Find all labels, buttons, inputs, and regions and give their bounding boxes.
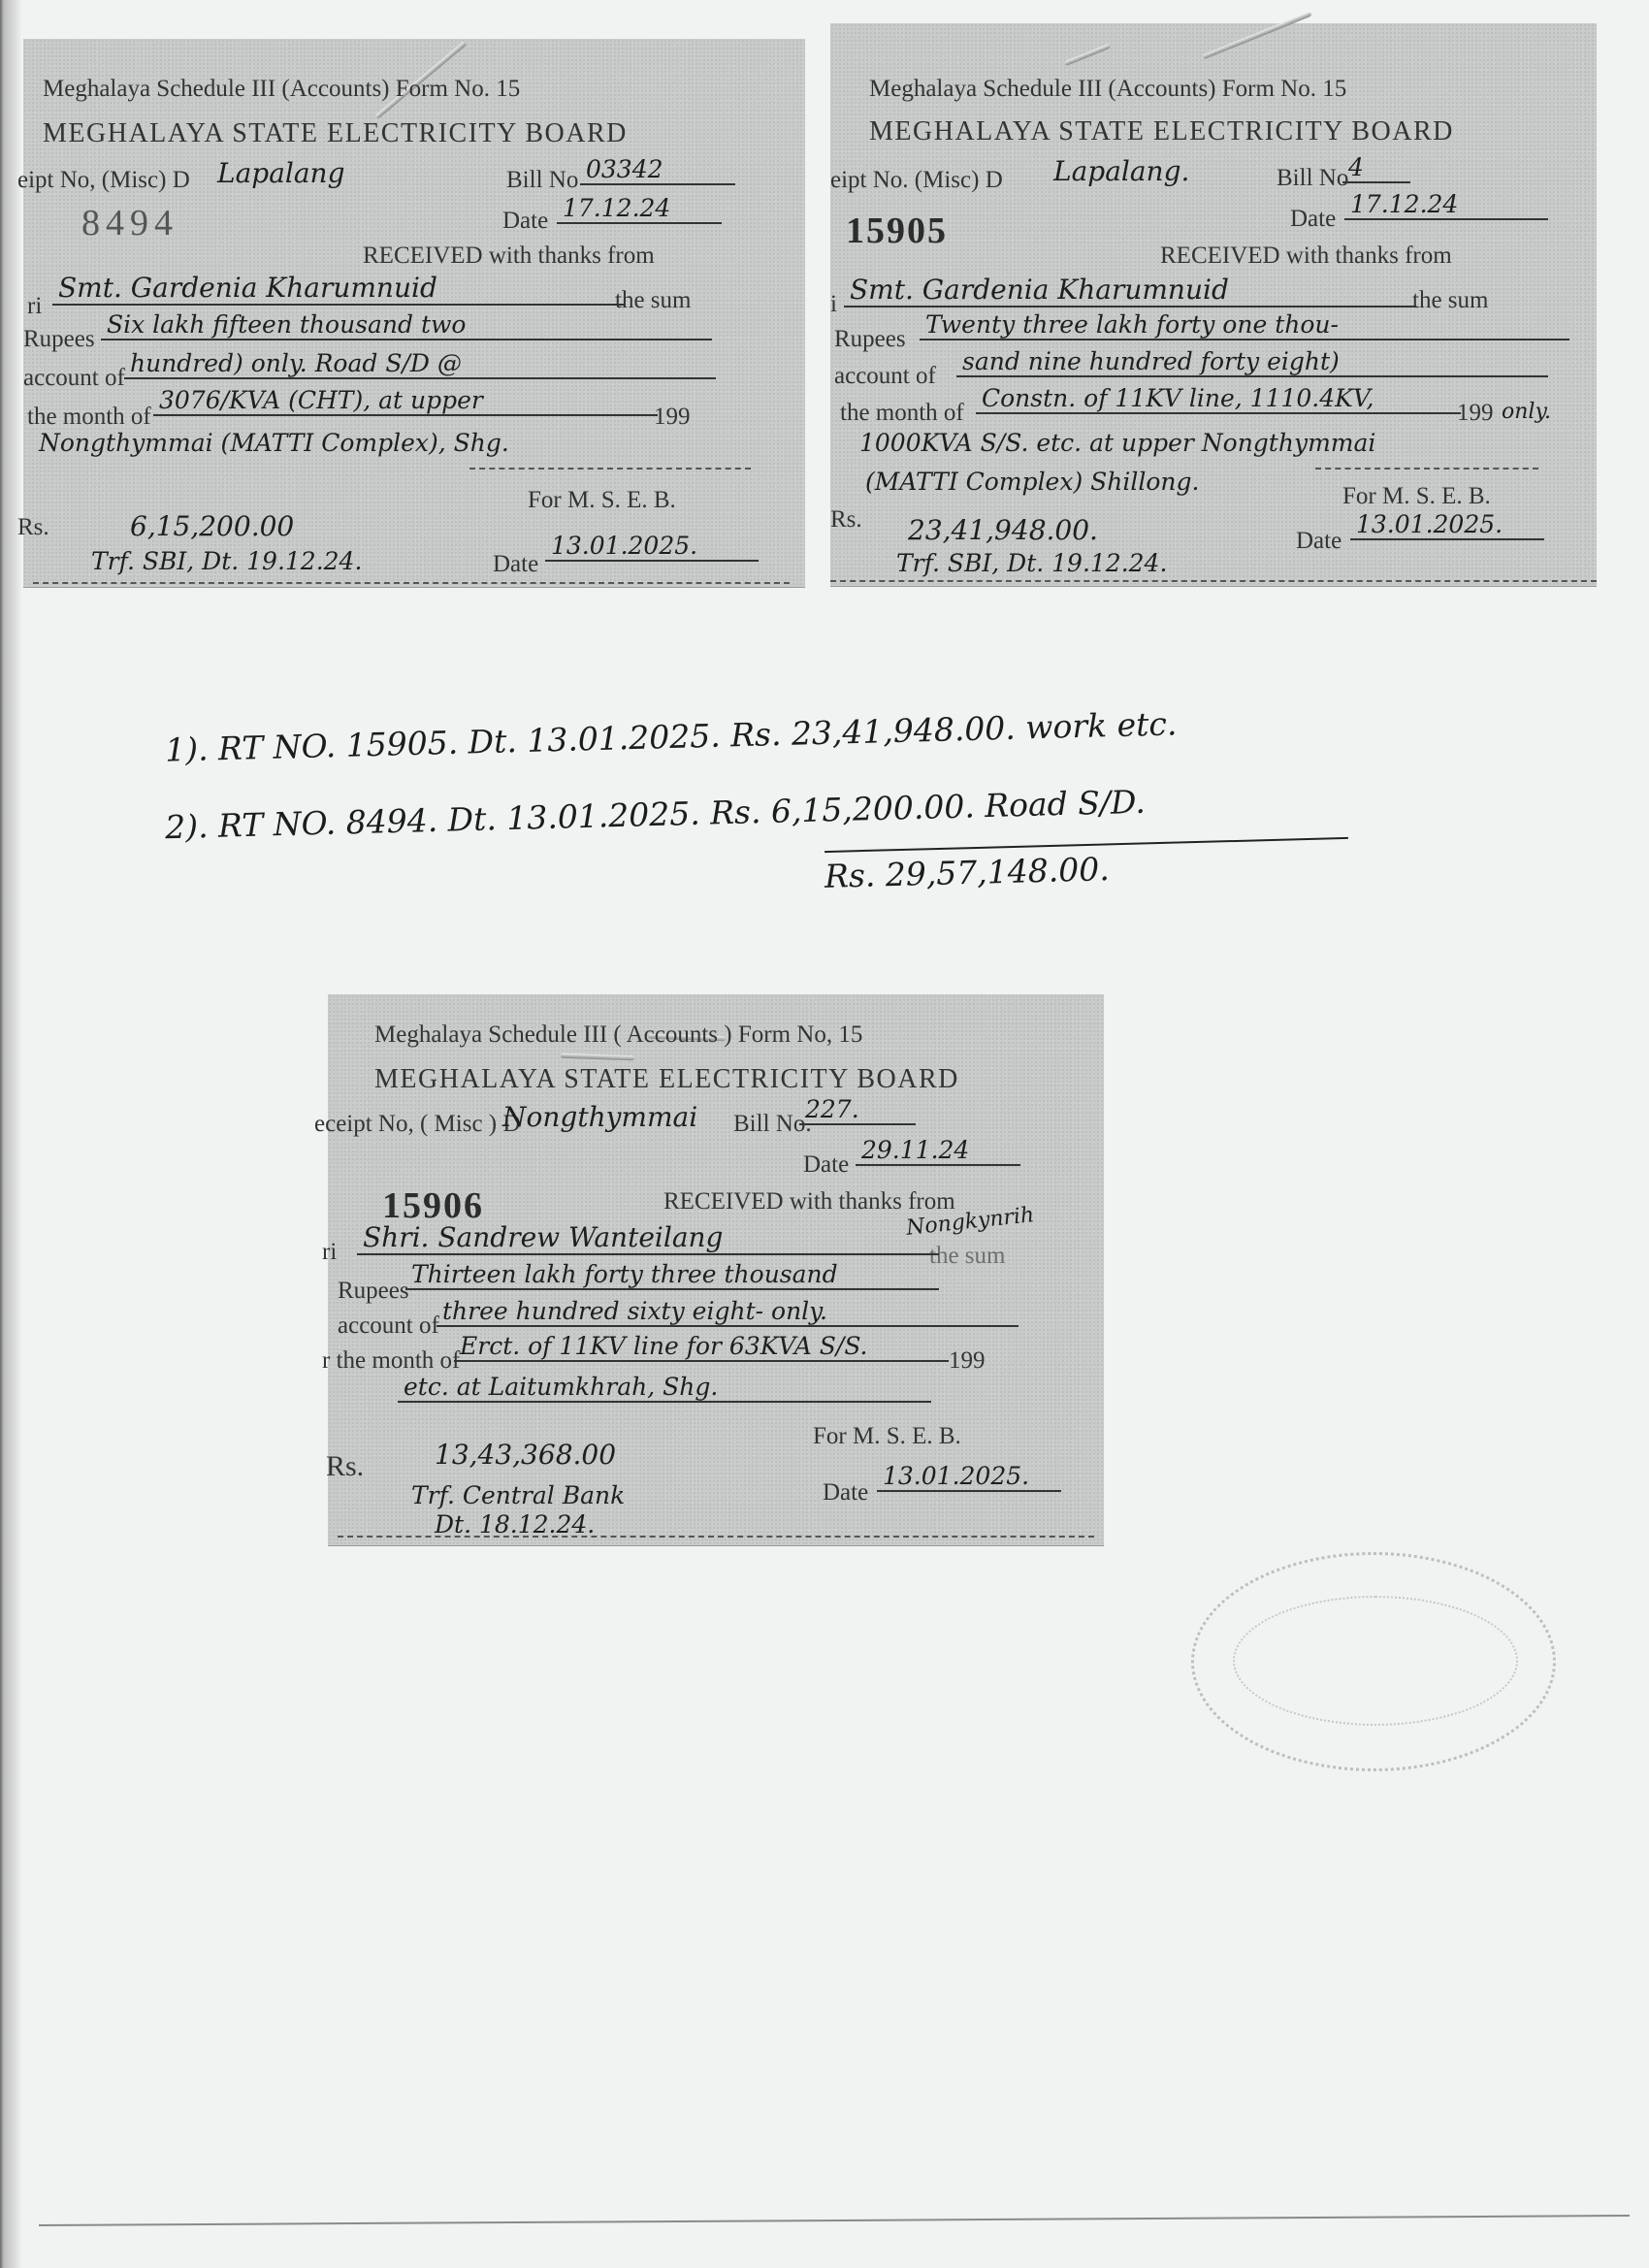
purpose-line-2: 1000KVA S/S. etc. at upper Nongthymmai [859,429,1375,457]
form-header: Meghalaya Schedule III (Accounts) Form N… [43,76,520,103]
office-name: Nongthymmai [502,1101,697,1133]
purpose-line-1: 3076/KVA (CHT), at upper [153,386,658,416]
amount-figures: 6,15,200.00 [130,510,294,542]
the-sum-label: the sum [929,1243,1005,1270]
bottom-cut-line [33,582,790,584]
sign-date: 13.01.2025. [545,532,759,562]
year-suffix: 199 [654,404,691,431]
page-bottom-rule [39,2215,1630,2226]
date-label: Date [502,208,548,235]
receipt-label: eipt No, (Misc) D [17,167,190,194]
date-label: Date [1290,206,1336,233]
payer-name: Shri. Sandrew Wanteilang [357,1221,939,1255]
receipt-15905: Meghalaya Schedule III (Accounts) Form N… [830,23,1597,586]
rs-label: Rs. [830,506,862,534]
month-label: r the month of [322,1347,460,1375]
board-name: MEGHALAYA STATE ELECTRICITY BOARD [43,118,628,149]
summary-line-2: 2). RT NO. 8494. Dt. 13.01.2025. Rs. 6,1… [165,783,1147,846]
office-name: Lapalang [217,157,345,189]
year-suffix: 199 [1457,400,1494,427]
amount-in-words-2: sand nine hundred forty eight) [956,347,1548,377]
summary-total: Rs. 29,57,148.00. [824,850,1111,895]
sign-date: 13.01.2025. [1350,510,1544,540]
from-prefix: i [830,291,837,318]
for-mseb-label: For M. S. E. B. [1342,483,1491,510]
received-text: RECEIVED with thanks from [663,1188,955,1215]
received-text: RECEIVED with thanks from [1160,243,1452,270]
receipt-8494: Meghalaya Schedule III (Accounts) Form N… [23,39,805,587]
payer-name: Smt. Gardenia Kharumnuid [52,272,625,306]
amount-in-words-1: Twenty three lakh forty one thou- [920,310,1569,340]
receipt-15906: Meghalaya Schedule III ( Accounts ) Form… [328,994,1104,1545]
transfer-note: Trf. Central Bank [411,1481,625,1509]
bill-label: Bill No [506,167,578,194]
payer-name: Smt. Gardenia Kharumnuid [844,274,1416,308]
month-label: the month of [840,400,964,427]
from-prefix: ri [27,293,42,320]
summary-line-1: 1). RT NO. 15905. Dt. 13.01.2025. Rs. 23… [165,704,1178,768]
scan-left-edge [0,0,21,2268]
rs-label: Rs. [17,514,49,541]
bottom-cut-line [830,580,1597,582]
seal-inner-ring [1233,1596,1518,1726]
office-seal-stamp [1191,1552,1556,1771]
summary-line-2-ref: 2). RT NO. 8494. Dt. 13.01.2025. [165,794,701,846]
dotted-line [1315,468,1538,470]
month-label: the month of [27,404,151,431]
rupees-label: Rupees [338,1278,409,1305]
bottom-cut-line [338,1536,1094,1538]
bill-label: Bill No [1277,165,1348,192]
board-name: MEGHALAYA STATE ELECTRICITY BOARD [869,116,1454,147]
transfer-note: Trf. SBI, Dt. 19.12.24. [896,549,1167,577]
account-label: account of [834,363,936,390]
summary-line-2-amount: Rs. 6,15,200.00. Road S/D. [710,783,1147,832]
received-text: RECEIVED with thanks from [363,243,655,270]
staple-pin [561,1053,634,1061]
dotted-line [469,468,751,470]
amount-in-words-2: three hundred sixty eight- only. [436,1297,1018,1327]
purpose-line-2: Nongthymmai (MATTI Complex), Shg. [39,429,509,457]
sign-date-label: Date [1296,528,1342,555]
sign-date: 13.01.2025. [877,1462,1061,1492]
amount-figures: 13,43,368.00 [435,1439,616,1471]
staple-pin [1064,44,1111,66]
office-name: Lapalang. [1053,155,1189,187]
for-mseb-label: For M. S. E. B. [528,487,676,514]
purpose-line-2: etc. at Laitumkhrah, Shg. [398,1373,931,1403]
form-header: Meghalaya Schedule III (Accounts) Form N… [869,76,1346,103]
receipt-label: eceipt No, ( Misc ) D [314,1111,520,1138]
purpose-extra: only. [1502,400,1551,424]
receipt-label: eipt No. (Misc) D [830,167,1003,194]
account-label: account of [338,1312,439,1340]
sign-date-label: Date [823,1479,868,1507]
receipt-serial-number: 8494 [81,202,178,244]
rupees-label: Rupees [23,326,95,353]
rupees-label: Rupees [834,326,906,353]
transfer-date: Dt. 18.12.24. [435,1510,595,1539]
staple-pin [1202,12,1311,60]
board-name: MEGHALAYA STATE ELECTRICITY BOARD [374,1064,959,1095]
bill-number: 4 [1342,153,1410,183]
sign-date-label: Date [493,551,538,578]
rs-label: Rs. [326,1450,364,1483]
bill-number: 03342 [580,155,735,185]
from-prefix: ri [322,1239,337,1266]
purpose-line-3: (MATTI Complex) Shillong. [865,468,1199,496]
receipt-serial-number: 15905 [846,210,948,252]
amount-in-words-1: Thirteen lakh forty three thousand [405,1260,939,1290]
transfer-note: Trf. SBI, Dt. 19.12.24. [91,547,362,575]
bill-number: 227. [799,1095,916,1125]
amount-figures: 23,41,948.00. [908,514,1098,546]
date-label: Date [803,1151,849,1179]
for-mseb-label: For M. S. E. B. [813,1423,961,1450]
bill-date: 17.12.24 [557,194,722,224]
bill-date: 17.12.24 [1344,190,1548,220]
account-label: account of [23,365,125,392]
year-suffix: 199 [949,1347,986,1375]
purpose-line-1: Constn. of 11KV line, 1110.4KV, [976,384,1461,414]
amount-in-words-2: hundred) only. Road S/D @ [124,349,716,379]
form-header: Meghalaya Schedule III ( Accounts ) Form… [374,1021,862,1049]
bill-date: 29.11.24 [856,1136,1020,1166]
amount-in-words-1: Six lakh fifteen thousand two [101,310,712,340]
purpose-line-1: Erct. of 11KV line for 63KVA S/S. [454,1332,949,1362]
